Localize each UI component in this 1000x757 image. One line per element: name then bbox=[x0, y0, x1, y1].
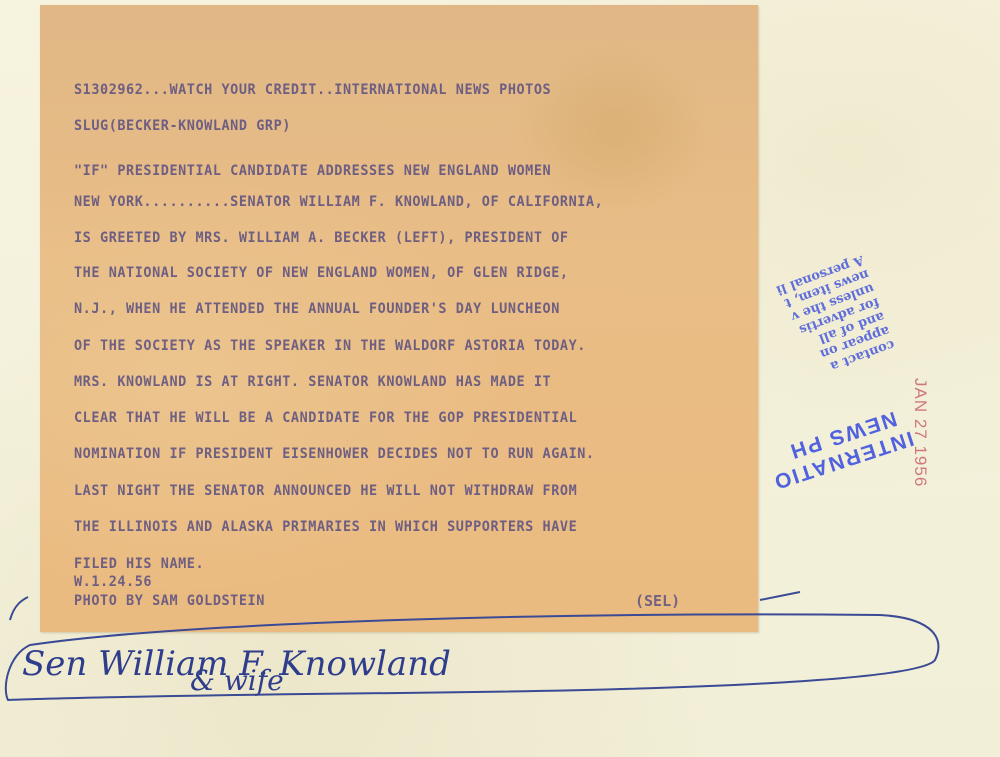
caption-line-11: NOMINATION IF PRESIDENT EISENHOWER DECID… bbox=[74, 446, 595, 462]
caption-line-7: N.J., WHEN HE ATTENDED THE ANNUAL FOUNDE… bbox=[74, 301, 560, 317]
caption-line-6: THE NATIONAL SOCIETY OF NEW ENGLAND WOME… bbox=[74, 265, 569, 281]
caption-line-1: S1302962...WATCH YOUR CREDIT..INTERNATIO… bbox=[74, 82, 551, 98]
caption-line-5: IS GREETED BY MRS. WILLIAM A. BECKER (LE… bbox=[74, 230, 569, 246]
date-stamp: JAN 27 1956 bbox=[870, 378, 930, 488]
caption-line-2: SLUG(BECKER-KNOWLAND GRP) bbox=[74, 118, 291, 134]
caption-line-12: LAST NIGHT THE SENATOR ANNOUNCED HE WILL… bbox=[74, 483, 577, 499]
caption-line-9: MRS. KNOWLAND IS AT RIGHT. SENATOR KNOWL… bbox=[74, 374, 551, 390]
caption-dateline: W.1.24.56 bbox=[74, 574, 152, 590]
caption-line-14: FILED HIS NAME. bbox=[74, 556, 204, 572]
photo-credit: PHOTO BY SAM GOLDSTEIN bbox=[74, 593, 265, 609]
caption-line-8: OF THE SOCIETY AS THE SPEAKER IN THE WAL… bbox=[74, 338, 586, 354]
caption-line-4: NEW YORK..........SENATOR WILLIAM F. KNO… bbox=[74, 194, 603, 210]
caption-line-13: THE ILLINOIS AND ALASKA PRIMARIES IN WHI… bbox=[74, 519, 577, 535]
caption-line-10: CLEAR THAT HE WILL BE A CANDIDATE FOR TH… bbox=[74, 410, 577, 426]
editor-initials: (SEL) bbox=[635, 592, 680, 610]
caption-clipping: S1302962...WATCH YOUR CREDIT..INTERNATIO… bbox=[40, 5, 758, 632]
caption-headline: "IF" PRESIDENTIAL CANDIDATE ADDRESSES NE… bbox=[74, 163, 551, 179]
